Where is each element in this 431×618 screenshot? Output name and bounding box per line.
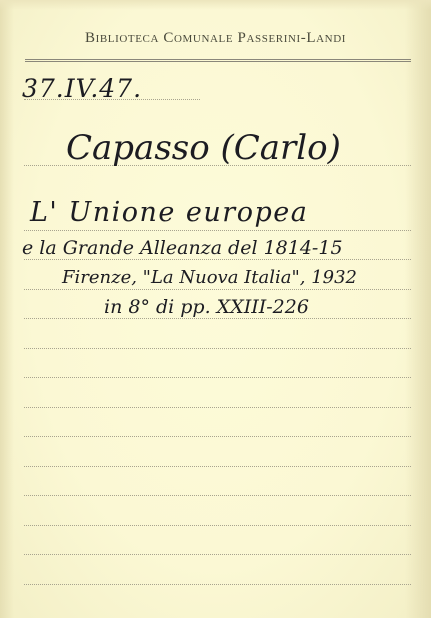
ruled-line (24, 466, 411, 467)
ruled-line (24, 554, 411, 555)
paper-edge-top (0, 0, 431, 10)
ruled-line (24, 495, 411, 496)
ruled-line (24, 230, 411, 231)
ruled-line (24, 525, 411, 526)
handwritten-author: Capasso (Carlo) (66, 128, 341, 168)
ruled-line (24, 377, 411, 378)
handwritten-date: 37.IV.47. (22, 74, 142, 103)
ruled-line (24, 259, 411, 260)
ruled-line (24, 289, 411, 290)
ruled-line (24, 407, 411, 408)
ruled-line (24, 318, 411, 319)
handwritten-title-line2: e la Grande Alleanza del 1814-15 (22, 237, 343, 259)
ruled-line (24, 348, 411, 349)
ruled-line (24, 584, 411, 585)
catalog-card: Biblioteca Comunale Passerini-Landi 37.I… (0, 0, 431, 618)
handwritten-title-line1: L' Unione europea (30, 197, 308, 228)
library-header: Biblioteca Comunale Passerini-Landi (0, 30, 431, 47)
paper-edge-left (0, 0, 14, 618)
ruled-line (24, 436, 411, 437)
header-rule-top (25, 59, 411, 60)
handwritten-imprint: Firenze, "La Nuova Italia", 1932 (62, 267, 357, 288)
handwritten-collation: in 8° di pp. XXIII-226 (104, 296, 309, 318)
header-rule-bottom (25, 61, 411, 62)
